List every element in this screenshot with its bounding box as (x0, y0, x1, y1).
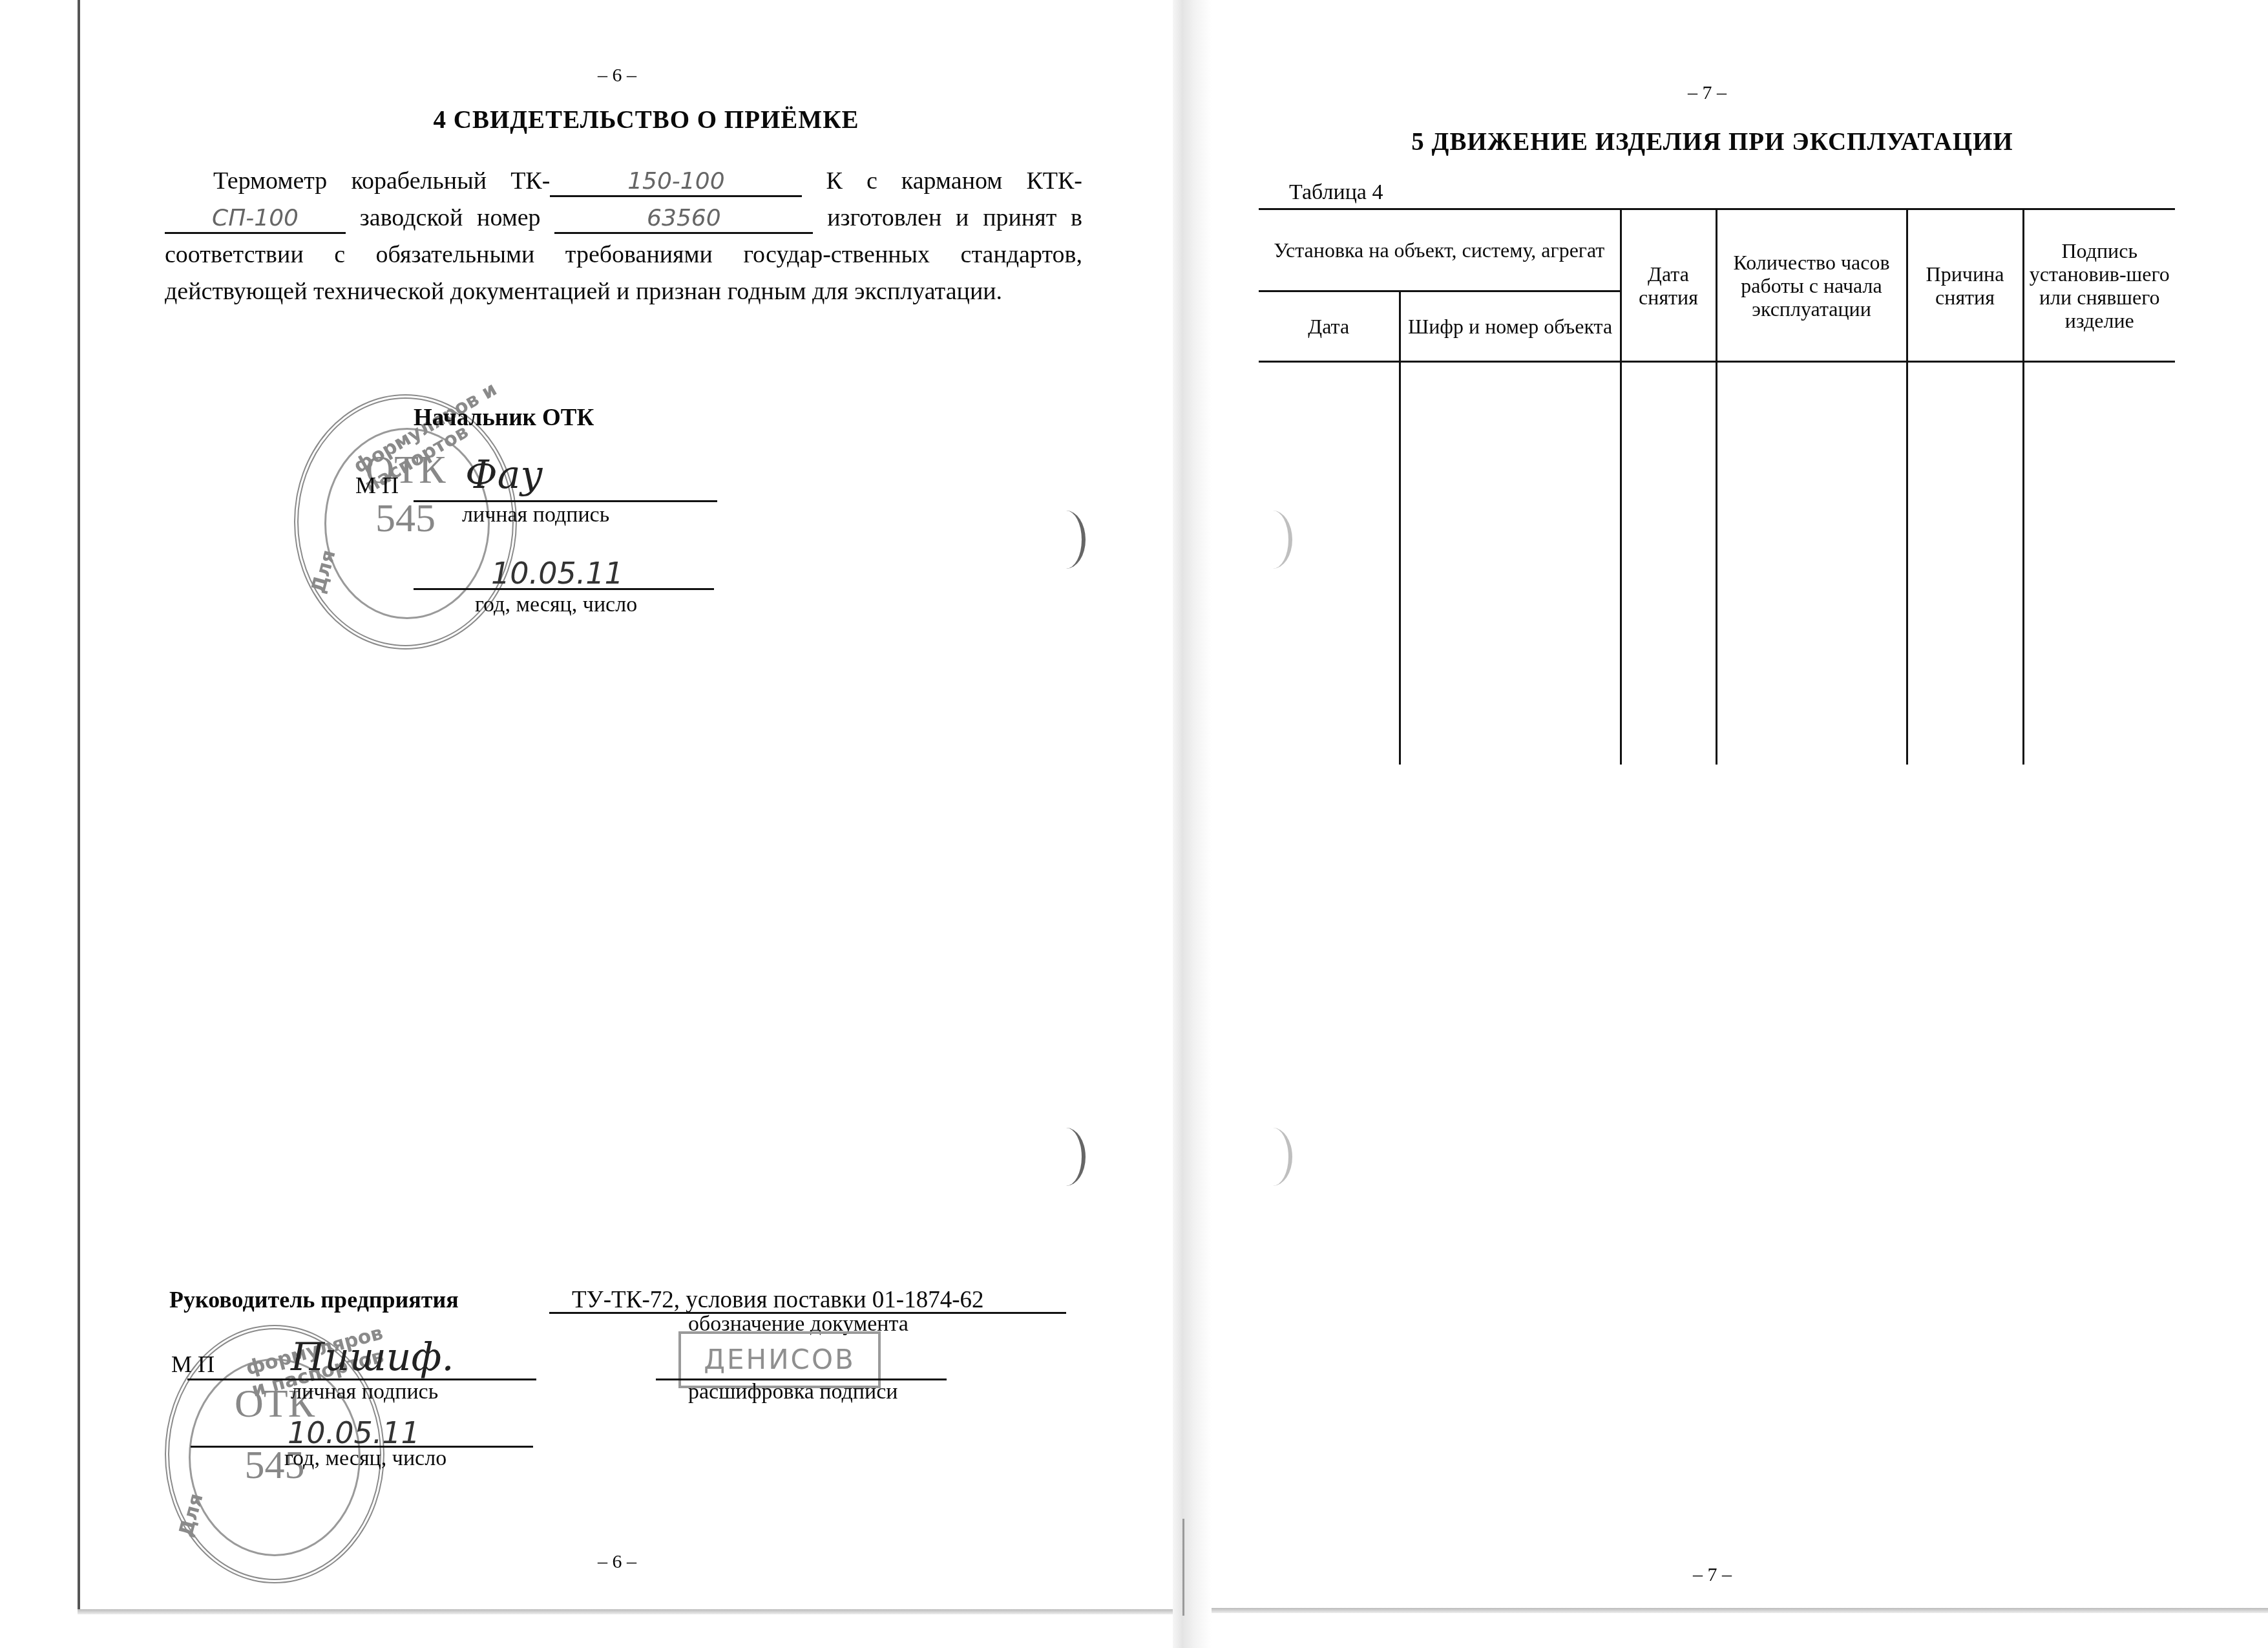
paragraph-text: Термометр корабельный ТК- (213, 167, 550, 195)
table-cell[interactable] (2023, 362, 2175, 765)
header-installation: Установка на объект, систему, агрегат (1259, 209, 1621, 291)
table-cell[interactable] (1621, 362, 1716, 765)
date-line (414, 588, 714, 590)
table-cell[interactable] (1259, 362, 1400, 765)
page-edge (1182, 1608, 2268, 1613)
mp-label: М П (171, 1351, 215, 1378)
page-number: – 7 – (1693, 1564, 1732, 1586)
table-cell[interactable] (1907, 362, 2023, 765)
mp-label: М П (355, 472, 399, 499)
otk-chief-title: Начальник ОТК (414, 404, 594, 432)
acceptance-paragraph: Термометр корабельный ТК-150-100 К с кар… (165, 163, 1082, 310)
punch-hole-icon (1254, 1128, 1292, 1186)
header-signature: Подпись установив-шего или снявшего изде… (2023, 209, 2175, 362)
punch-hole-icon (1047, 511, 1086, 569)
header-object-code: Шифр и номер объекта (1400, 291, 1621, 362)
signature-caption: личная подпись (462, 503, 609, 527)
name-caption: расшифровка подписи (688, 1380, 898, 1404)
paragraph-text: К с карманом КТК- (802, 167, 1082, 195)
signature-caption: личная подпись (291, 1380, 438, 1404)
page-number: – 6 – (598, 1551, 636, 1573)
book-gutter (1173, 0, 1212, 1648)
otk-date-value: 10.05.11 (491, 556, 624, 591)
punch-hole-icon (1047, 1128, 1086, 1186)
page-number: – 7 – (1688, 82, 1727, 104)
stamp-ring-text: Для (174, 1491, 207, 1539)
section-title: 4 СВИДЕТЕЛЬСТВО О ПРИЁМКЕ (162, 105, 1131, 134)
director-signature: Пишиф. (291, 1335, 454, 1380)
date-caption: год, месяц, число (284, 1446, 446, 1471)
director-title: Руководитель предприятия (169, 1286, 459, 1313)
page-number: – 6 – (598, 65, 636, 87)
header-removal-date: Дата снятия (1621, 209, 1716, 362)
page-edge (78, 0, 80, 1612)
document-designation-value: ТУ-ТК-72, условия поставки 01-1874-62 (572, 1286, 983, 1314)
section-title: 5 ДВИЖЕНИЕ ИЗДЕЛИЯ ПРИ ЭКСПЛУАТАЦИИ (1260, 127, 2165, 156)
page-edge (78, 1609, 1176, 1614)
otk-signature: Фау (465, 452, 543, 498)
ktk-value-field[interactable]: СП-100 (165, 205, 346, 234)
table-cell[interactable] (1400, 362, 1621, 765)
tk-value-field[interactable]: 150-100 (550, 168, 802, 197)
stamp-ring-text: Для (307, 547, 340, 596)
header-removal-reason: Причина снятия (1907, 209, 2023, 362)
header-operating-hours: Количество часов работы с начала эксплуа… (1716, 209, 1907, 362)
product-movement-table: Установка на объект, систему, агрегат Да… (1259, 208, 2175, 765)
paragraph-text: заводской номер (346, 204, 554, 231)
table-cell[interactable] (1716, 362, 1907, 765)
book-gutter (1182, 1519, 1184, 1616)
header-date: Дата (1259, 291, 1400, 362)
table-row (1259, 362, 2175, 765)
director-date-value: 10.05.11 (288, 1415, 420, 1450)
date-caption: год, месяц, число (475, 593, 637, 617)
signature-line (414, 500, 717, 502)
table-caption: Таблица 4 (1289, 180, 1383, 205)
serial-number-field[interactable]: 63560 (554, 205, 813, 234)
